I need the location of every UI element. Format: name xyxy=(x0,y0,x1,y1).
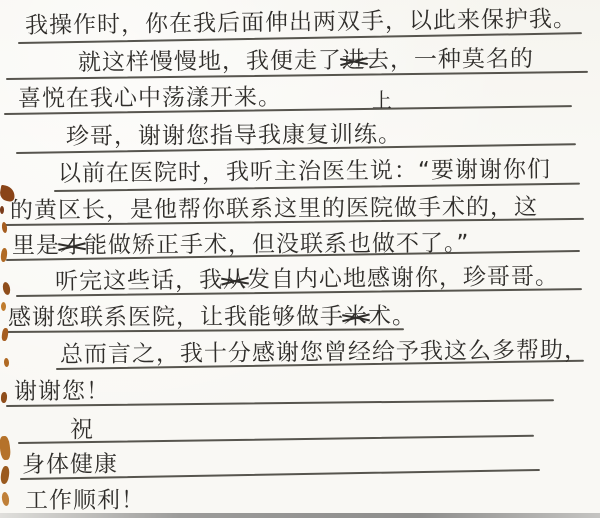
paper-stain xyxy=(1,302,6,311)
line-text: 祝 xyxy=(70,417,94,443)
letter-line: 以前在医院时，我听主治医生说：“要谢谢你们 xyxy=(58,157,551,188)
paper-stain xyxy=(4,358,10,367)
handwritten-letter-page: 我操作时，你在我后面伸出两双手，以此来保护我。 就这样慢慢地，我便走了进去，一种… xyxy=(0,0,600,518)
line-text: 听完这些话，我 xyxy=(55,267,223,295)
letter-line: 总而言之，我十分感谢您曾经给予我这么多帮助， xyxy=(60,337,588,368)
line-text: 喜悦在我心中荡漾开来。 xyxy=(18,85,282,112)
page-bottom-shadow xyxy=(0,513,600,518)
letter-line: 珍哥，谢谢您指导我康复训练。 xyxy=(66,122,402,151)
letter-line: 听完这些话，我从发自内心地感谢你，珍哥哥。 xyxy=(55,264,559,296)
line-text: 工作顺利！ xyxy=(25,488,145,514)
letter-line-salutation: 祝 xyxy=(70,417,94,443)
line-text: 发自内心地感谢你，珍哥哥。 xyxy=(247,264,559,293)
line-text: 去，一种莫名的 xyxy=(366,46,534,73)
line-text: 谢谢您！ xyxy=(14,378,110,405)
paper-stain xyxy=(1,392,8,403)
struck-character: 进 xyxy=(342,47,366,74)
line-text: 能做矫正手术，但没联系也做不了。” xyxy=(84,231,470,259)
line-text: 以前在医院时，我听主治医生说：“要谢谢你们 xyxy=(58,157,551,187)
line-text: 珍哥，谢谢您指导我康复训练。 xyxy=(66,122,402,150)
letter-line: 谢谢您！ xyxy=(14,378,110,405)
struck-character: 米 xyxy=(344,304,368,331)
line-text: 总而言之，我十分感谢您曾经给予我这么多帮助， xyxy=(60,337,588,368)
letter-line: 里是才能做矫正手术，但没联系也做不了。” xyxy=(12,231,470,260)
letter-line: 的黄区长，是他帮你联系这里的医院做手术的，这 xyxy=(10,194,538,224)
paper-stain xyxy=(0,466,10,485)
line-text: 里是 xyxy=(12,233,60,259)
letter-line: 就这样慢慢地，我便走了进去，一种莫名的 xyxy=(78,46,534,76)
line-text: 身体健康 xyxy=(22,451,118,478)
letter-line-blessing: 工作顺利！ xyxy=(25,488,145,515)
struck-character: 才 xyxy=(60,233,84,260)
line-text: 就这样慢慢地，我便走了 xyxy=(78,48,342,76)
letter-line-blessing: 身体健康 xyxy=(22,451,118,478)
paper-stain xyxy=(1,492,10,507)
line-text: 的黄区长，是他帮你联系这里的医院做手术的，这 xyxy=(10,194,538,224)
ruled-line xyxy=(18,435,534,444)
correction-mark: 上 xyxy=(372,84,392,113)
letter-line: 感谢您联系医院，让我能够做手米术。 xyxy=(8,304,416,332)
letter-line: 喜悦在我心中荡漾开来。 xyxy=(18,85,282,113)
struck-character: 从 xyxy=(223,267,247,294)
paper-stain xyxy=(2,281,12,295)
paper-stain xyxy=(0,206,4,214)
paper-stain xyxy=(0,436,11,461)
line-text: 感谢您联系医院，让我能够做手 xyxy=(8,304,344,331)
line-text: 术。 xyxy=(368,304,416,330)
